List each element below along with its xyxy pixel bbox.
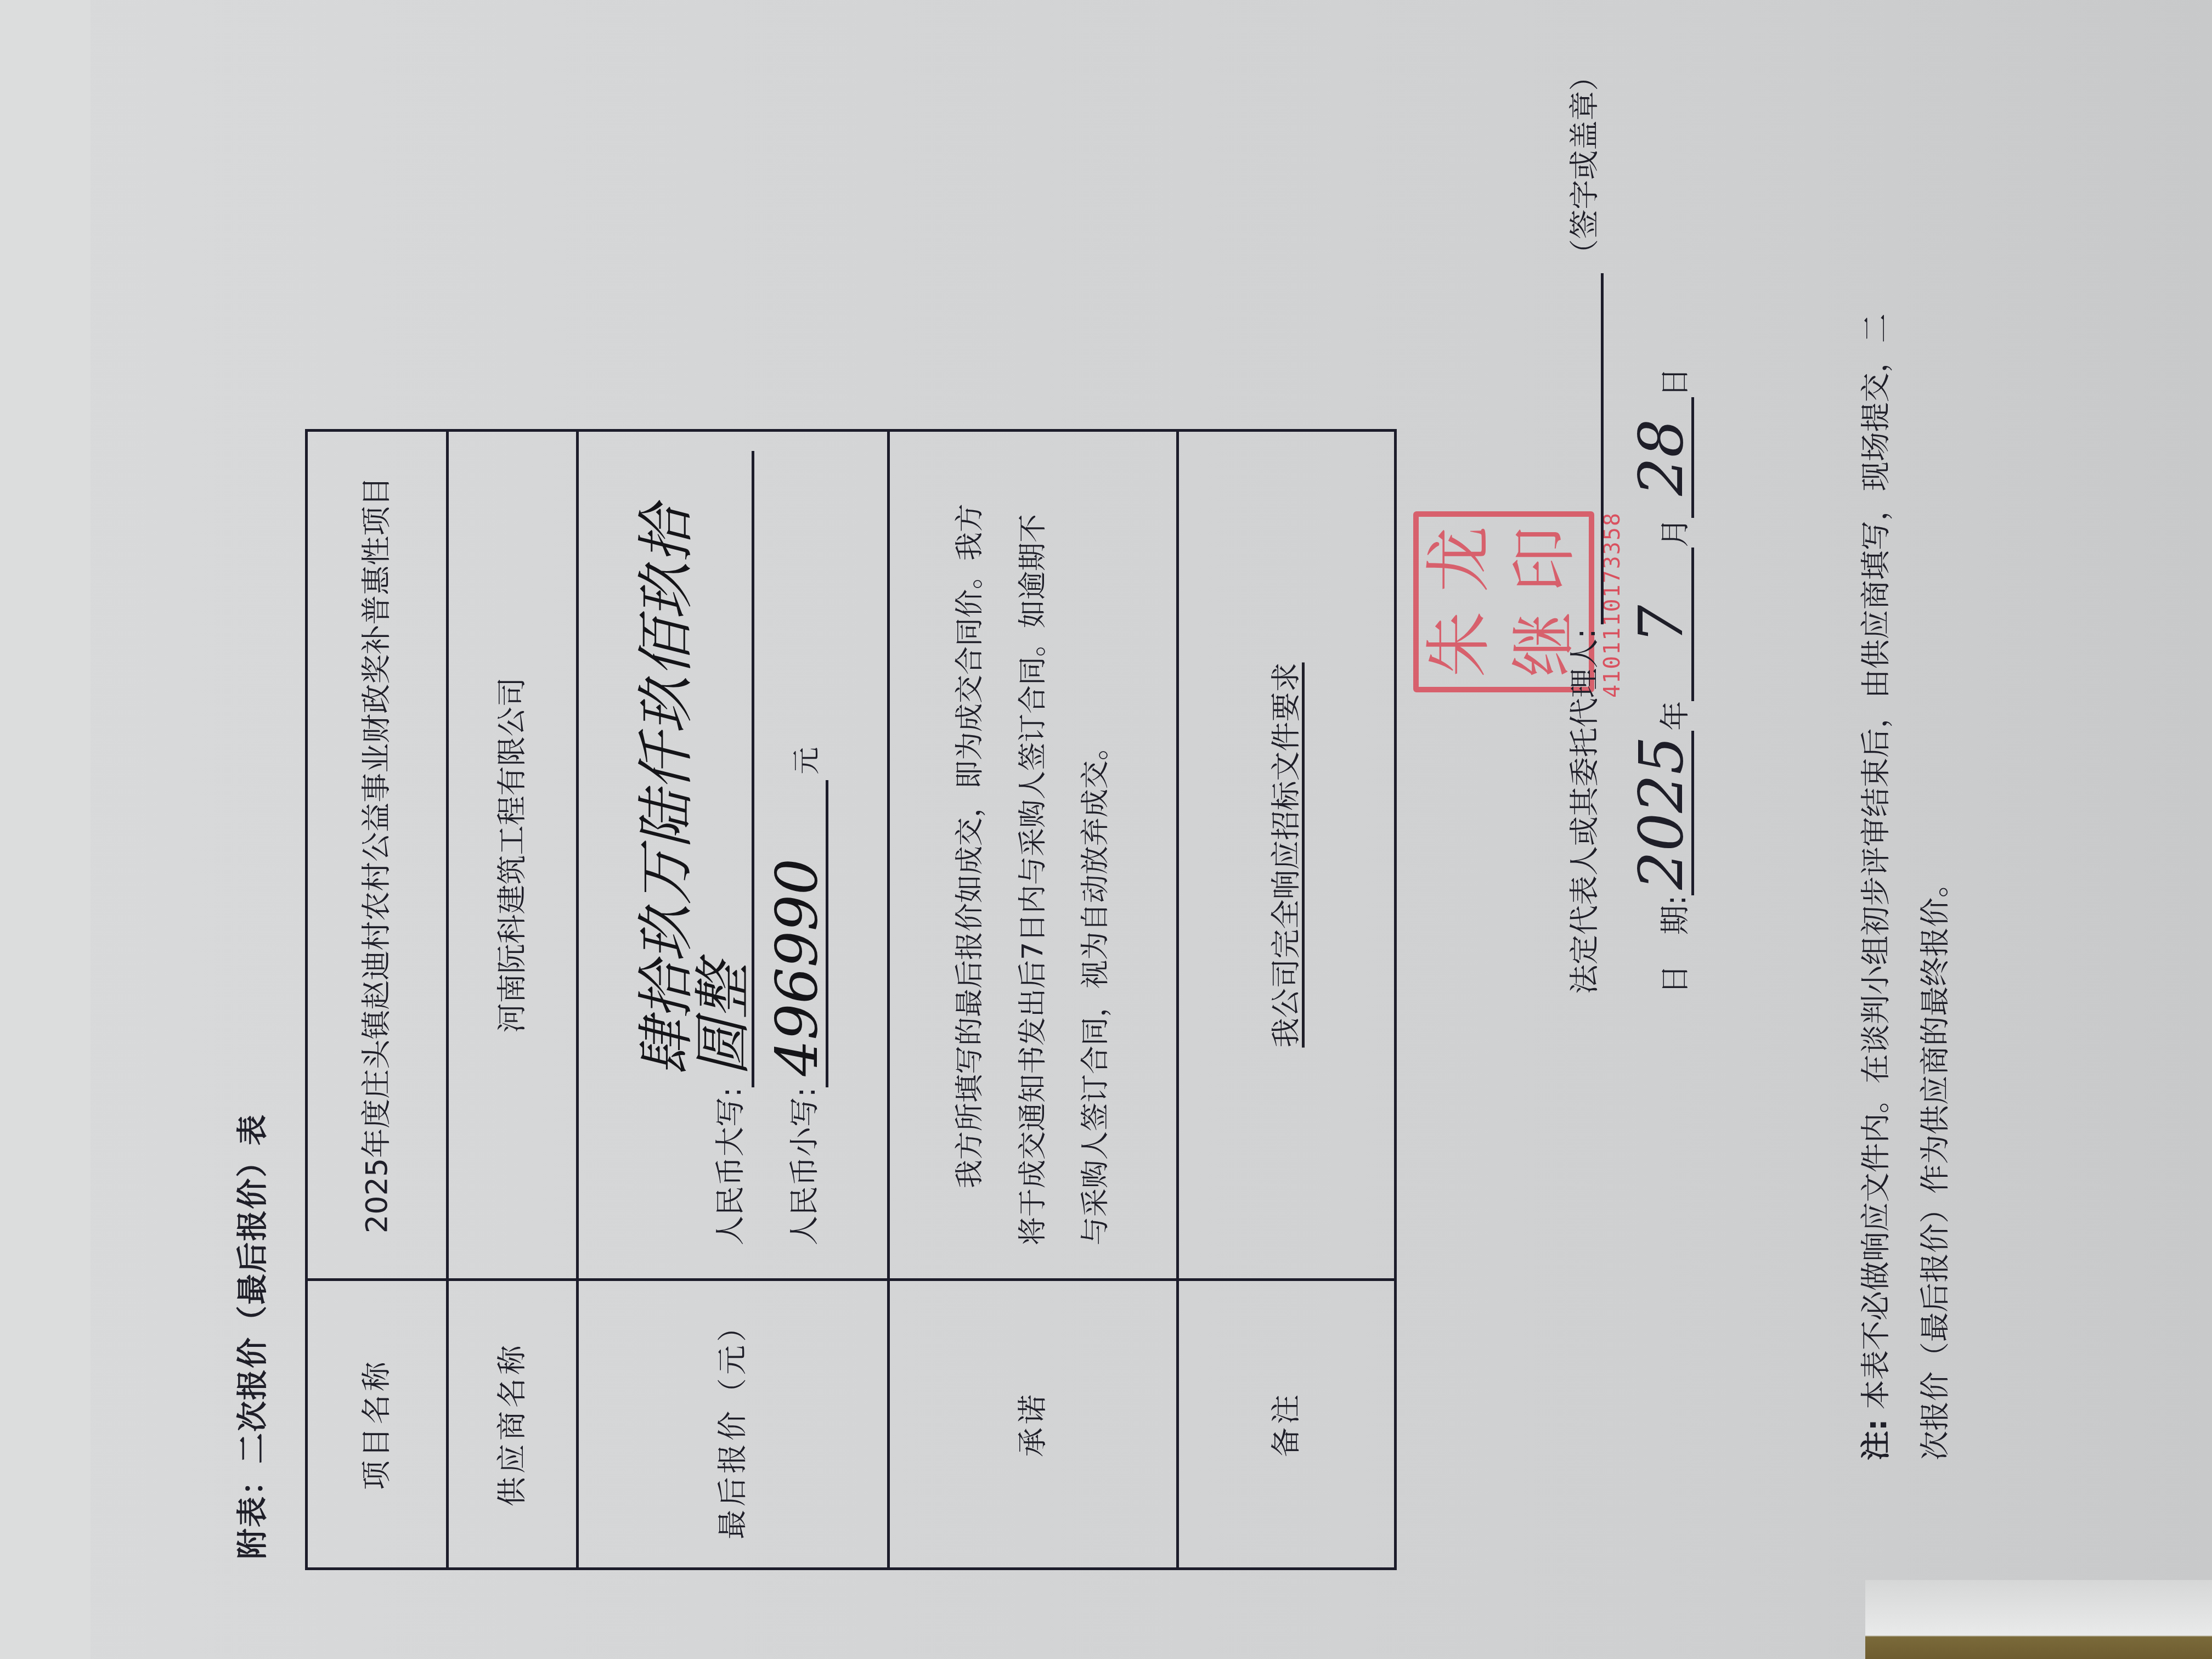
date-line: 日 期: 2025 年 7 月 28 日 [1631, 0, 1694, 994]
remark-label: 备注 [1178, 1280, 1396, 1569]
supplier-name-value: 河南阮科建筑工程有限公司 [448, 431, 578, 1280]
promise-label: 承诺 [889, 1280, 1178, 1569]
price-lowercase-field[interactable]: 496990 [769, 780, 828, 1087]
date-day-unit: 日 [1652, 368, 1694, 397]
quotation-form-document: 附表：二次报价（最后报价）表 项目名称 2025年度庄头镇赵迪村农村公益事业财政… [64, 34, 2148, 1625]
footnote-text: 本表不必做响应文件内。在谈判小组初步评审结束后，由供应商填写，现场提交，二次报价… [1859, 313, 1953, 1460]
seal-char: 龙 [1419, 517, 1504, 602]
date-year-field[interactable]: 2025 [1631, 731, 1694, 895]
price-uppercase-line: 人民币大写: 肆拾玖万陆仟玖佰玖拾圆整 [637, 465, 754, 1245]
table-row: 最后报价（元） 人民币大写: 肆拾玖万陆仟玖佰玖拾圆整 人民币小写: 49699… [578, 431, 889, 1569]
date-month-unit: 月 [1652, 518, 1694, 548]
date-day-field[interactable]: 28 [1631, 397, 1694, 518]
project-name-value: 2025年度庄头镇赵迪村农村公益事业财政奖补普惠性项目 [307, 431, 448, 1280]
final-price-label: 最后报价（元） [578, 1280, 889, 1569]
price-unit: 元 [785, 747, 828, 775]
form-title: 附表：二次报价（最后报价）表 [228, 1114, 272, 1559]
price-lowercase-line: 人民币小写: 496990 元 [769, 465, 828, 1245]
signature-block: 法定代表人或其委托代理人: （签字或盖章） 日 期: 2025 年 7 月 28… [1561, 0, 1694, 994]
quotation-table: 项目名称 2025年度庄头镇赵迪村农村公益事业财政奖补普惠性项目 供应商名称 河… [305, 429, 1397, 1570]
price-uppercase-field[interactable]: 肆拾玖万陆仟玖佰玖拾圆整 [637, 451, 754, 1087]
date-month-field[interactable]: 7 [1631, 548, 1694, 701]
seal-char: 朱 [1419, 602, 1504, 687]
promise-cell: 我方所填写的最后报价如成交，即为成交合同价。我方将于成交通知书发出后7日内与采购… [889, 431, 1178, 1280]
footnote-label: 注: [1859, 1419, 1893, 1460]
signature-field[interactable] [1568, 273, 1604, 624]
table-row: 项目名称 2025年度庄头镇赵迪村农村公益事业财政奖补普惠性项目 [307, 431, 448, 1569]
remark-text: 我公司完全响应招标文件要求 [1263, 465, 1310, 1245]
table-row: 供应商名称 河南阮科建筑工程有限公司 [448, 431, 578, 1569]
footnote: 注: 本表不必做响应文件内。在谈判小组初步评审结束后，由供应商填写，现场提交，二… [1847, 308, 1965, 1460]
promise-text: 我方所填写的最后报价如成交，即为成交合同价。我方将于成交通知书发出后7日内与采购… [939, 465, 1127, 1245]
date-label: 日 期: [1652, 895, 1694, 994]
price-lowercase-label: 人民币小写: [781, 1087, 828, 1245]
project-name-label: 项目名称 [307, 1280, 448, 1569]
date-year-unit: 年 [1652, 701, 1694, 731]
remark-cell: 我公司完全响应招标文件要求 [1178, 431, 1396, 1280]
final-price-cell: 人民币大写: 肆拾玖万陆仟玖佰玖拾圆整 人民币小写: 496990 元 [578, 431, 889, 1280]
table-row: 承诺 我方所填写的最后报价如成交，即为成交合同价。我方将于成交通知书发出后7日内… [889, 431, 1178, 1569]
signature-label: 法定代表人或其委托代理人: [1561, 629, 1604, 994]
signature-line: 法定代表人或其委托代理人: （签字或盖章） [1561, 0, 1604, 994]
price-uppercase-label: 人民币大写: [707, 1087, 754, 1245]
signature-suffix: （签字或盖章） [1561, 61, 1604, 269]
table-row: 备注 我公司完全响应招标文件要求 [1178, 431, 1396, 1569]
supplier-name-label: 供应商名称 [448, 1280, 578, 1569]
